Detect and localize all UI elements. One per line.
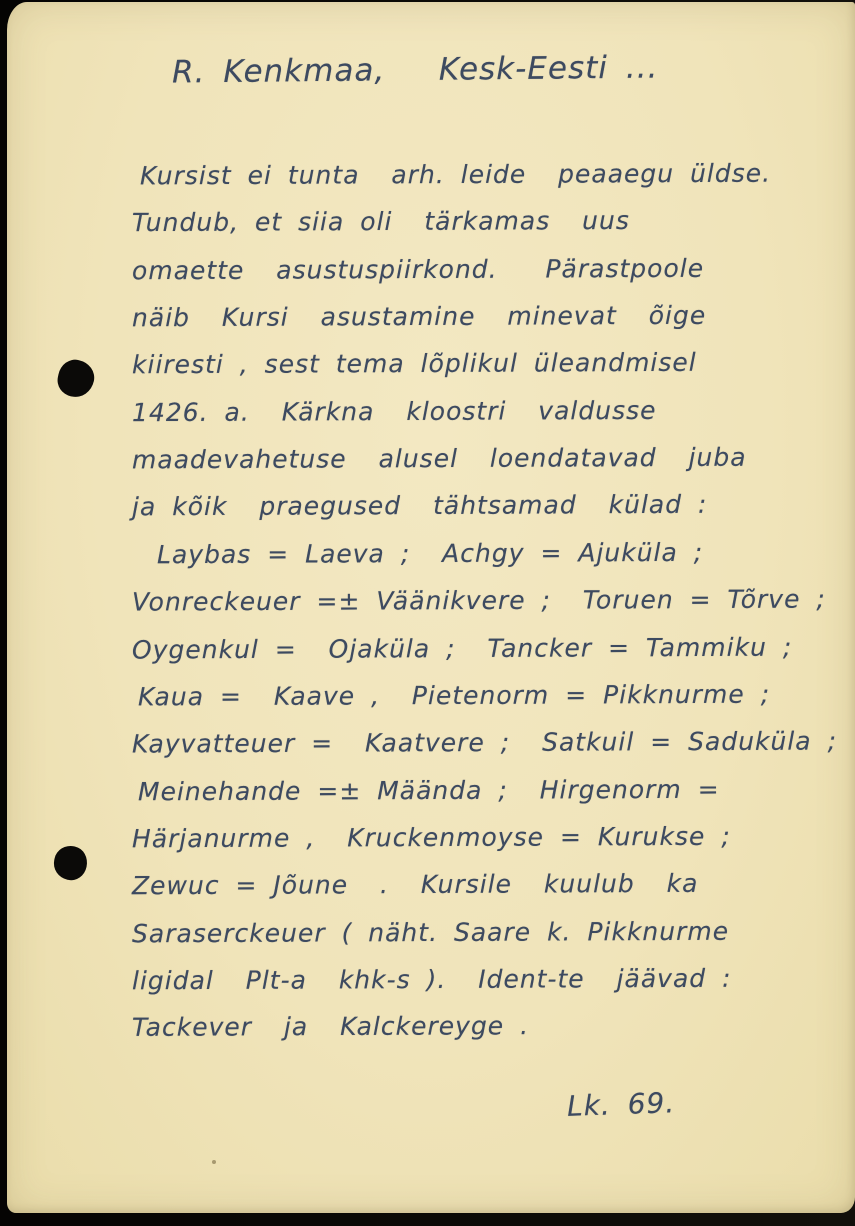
punch-hole-top [55, 357, 98, 401]
manuscript-paper: R. Kenkmaa, Kesk-Eesti ... Kursist ei tu… [7, 2, 855, 1213]
handwritten-line: Saraserckeuer ( näht. Saare k. Pikknurme [132, 917, 729, 949]
page-reference: Lk. 69. [566, 1086, 675, 1123]
handwritten-line: ja kõik praegused tähtsamad külad : [132, 490, 708, 522]
handwritten-line: Tundub, et siia oli tärkamas uus [132, 206, 630, 237]
handwritten-line: Laybas = Laeva ; Achgy = Ajuküla ; [157, 538, 703, 569]
handwritten-line: Kursist ei tunta arh. leide peaaegu ülds… [140, 159, 771, 191]
handwritten-line: Kayvatteuer = Kaatvere ; Satkuil = Saduk… [132, 726, 837, 758]
punch-hole-bottom [51, 843, 90, 883]
handwritten-line: Zewuc = Jõune . Kursile kuulub ka [132, 869, 699, 900]
handwritten-line: Oygenkul = Ojaküla ; Tancker = Tammiku ; [132, 633, 792, 665]
handwritten-line: maadevahetuse alusel loendatavad juba [132, 443, 747, 475]
paper-speck [212, 1160, 216, 1164]
handwritten-line: 1426. a. Kärkna kloostri valdusse [132, 396, 657, 427]
handwritten-line: näib Kursi asustamine minevat õige [132, 301, 706, 333]
handwritten-line: Meinehande =± Mäända ; Hirgenorm = [138, 775, 720, 807]
handwritten-line: ligidal Plt-a khk-s ). Ident-te jäävad : [132, 964, 732, 996]
handwritten-line: Vonreckeuer =± Väänikvere ; Toruen = Tõr… [132, 584, 826, 616]
scanner-background: { "page": { "kind": "scanned handwritten… [0, 0, 855, 1226]
manuscript-title: R. Kenkmaa, Kesk-Eesti ... [172, 49, 659, 90]
handwritten-line: omaette asustuspiirkond. Pärastpoole [132, 254, 704, 285]
handwritten-line: Kaua = Kaave , Pietenorm = Pikknurme ; [138, 680, 770, 712]
scanned-page-container: R. Kenkmaa, Kesk-Eesti ... Kursist ei tu… [0, 0, 855, 1226]
handwritten-line: Härjanurme , Kruckenmoyse = Kurukse ; [132, 822, 731, 854]
handwritten-line: Tackever ja Kalckereyge . [132, 1011, 529, 1042]
handwritten-line: kiiresti , sest tema lõplikul üleandmise… [132, 348, 697, 379]
